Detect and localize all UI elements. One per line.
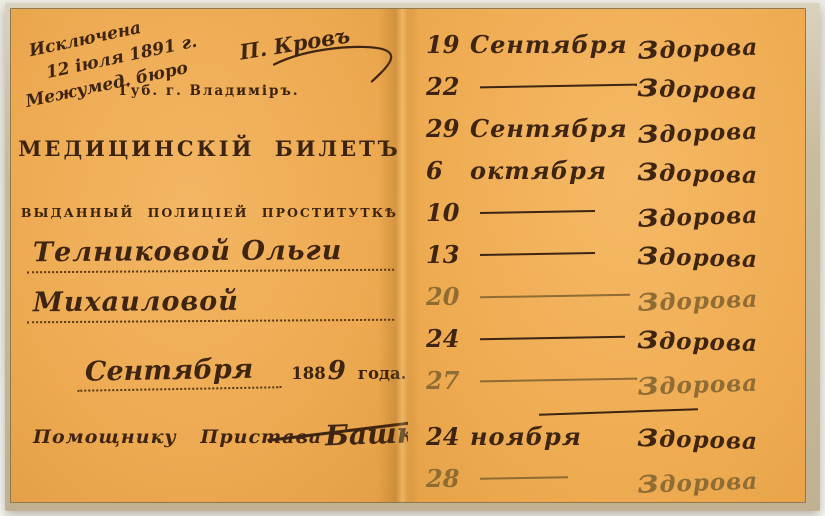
issuer-signature: Башкоф bbox=[325, 415, 408, 453]
exam-month: Сентября bbox=[470, 114, 628, 143]
exam-entry-row: 24здорова bbox=[426, 317, 797, 359]
exam-day: 22 bbox=[426, 72, 460, 101]
ditto-dash bbox=[480, 84, 637, 89]
ditto-dash bbox=[480, 378, 637, 383]
exam-month: Сентября bbox=[470, 30, 628, 59]
exam-date: 24 bbox=[426, 324, 637, 353]
exam-status: здорова bbox=[637, 358, 798, 403]
right-page: 19Сентябряздорова22здорова29Сентябряздор… bbox=[408, 9, 805, 502]
exam-status: здорова bbox=[637, 22, 798, 67]
ditto-dash bbox=[480, 252, 595, 256]
exam-entry-row: 22здорова bbox=[426, 65, 797, 107]
exam-entry-row: 27здорова bbox=[426, 359, 797, 401]
photo-background: Исключена 12 iюля 1891 г. Межумед. бюро … bbox=[0, 0, 825, 516]
exam-day: 6 bbox=[426, 156, 460, 185]
issue-month-handwritten: Сентября bbox=[77, 353, 282, 392]
exam-entry-row: 20здорова bbox=[426, 275, 797, 317]
city-line: Губ. г. Владимiръ. bbox=[11, 83, 408, 99]
exam-status: здорова bbox=[637, 232, 797, 275]
exam-date: 19Сентября bbox=[426, 30, 637, 59]
ditto-dash bbox=[480, 210, 595, 214]
exam-day: 24 bbox=[426, 324, 460, 353]
exam-entry-row: 28здорова bbox=[426, 457, 797, 499]
exam-entry-row: 29Сентябряздорова bbox=[426, 107, 797, 149]
exam-day: 24 bbox=[426, 422, 460, 451]
exam-day: 27 bbox=[426, 366, 460, 395]
inspector-signature: П. Кровъ bbox=[238, 22, 352, 64]
exam-month: октября bbox=[470, 156, 607, 185]
exam-status: здорова bbox=[637, 64, 797, 107]
document-subtitle: ВЫДАННЫЙ ПОЛИЦІЕЙ ПРОСТИТУТКѢ bbox=[11, 205, 408, 220]
exam-date: 28 bbox=[426, 464, 637, 493]
exam-entry-row: 6октябряздорова bbox=[426, 149, 797, 191]
exam-day: 29 bbox=[426, 114, 460, 143]
printed-year-suffix: года. bbox=[358, 364, 407, 383]
left-page: Исключена 12 iюля 1891 г. Межумед. бюро … bbox=[11, 9, 408, 502]
examination-log: 19Сентябряздорова22здорова29Сентябряздор… bbox=[426, 23, 797, 502]
exam-day: 28 bbox=[426, 464, 460, 493]
holder-name-line2: Михаиловой bbox=[27, 285, 394, 324]
exam-status: здорова bbox=[637, 456, 798, 501]
exam-day: 20 bbox=[426, 282, 460, 311]
exam-status: здорова bbox=[637, 274, 798, 319]
exam-day: 19 bbox=[426, 30, 460, 59]
exam-date: 24ноября bbox=[426, 422, 637, 451]
printed-year-prefix: 188 bbox=[291, 364, 325, 383]
exam-date: 27 bbox=[426, 366, 637, 395]
exam-date: 10 bbox=[426, 198, 637, 227]
ditto-dash bbox=[480, 336, 625, 341]
holder-name-line1: Телниковой Ольги bbox=[27, 235, 394, 274]
exam-status: здорова bbox=[637, 414, 797, 457]
document-title: МЕДИЦИНСКІЙ БИЛЕТЪ bbox=[11, 136, 408, 161]
exam-status: здорова bbox=[637, 106, 798, 151]
exam-entry-row: 19Сентябряздорова bbox=[426, 23, 797, 65]
exam-date: 22 bbox=[426, 72, 637, 101]
ditto-dash bbox=[480, 476, 568, 480]
exam-entry-row: 10здорова bbox=[426, 191, 797, 233]
issuer-line: Помощнику Пристава Башкоф bbox=[33, 417, 408, 450]
medical-ticket-booklet: Исключена 12 iюля 1891 г. Межумед. бюро … bbox=[10, 8, 806, 503]
exam-entry-row: 24ноябряздорова bbox=[426, 415, 797, 457]
exam-date: 13 bbox=[426, 240, 637, 269]
exam-status: здорова bbox=[637, 190, 798, 235]
exam-status: здорова bbox=[637, 316, 797, 359]
exam-date: 29Сентября bbox=[426, 114, 637, 143]
issue-date-line: Сентября 188 9 года. bbox=[77, 355, 406, 390]
exam-entry-row: 13здорова bbox=[426, 233, 797, 275]
exam-month: ноября bbox=[470, 422, 582, 451]
ditto-dash bbox=[480, 294, 630, 299]
exam-day: 10 bbox=[426, 198, 460, 227]
exam-day: 13 bbox=[426, 240, 460, 269]
exam-date: 6октября bbox=[426, 156, 637, 185]
exam-status: здорова bbox=[637, 148, 797, 191]
year-digit-handwritten: 9 bbox=[328, 356, 346, 386]
exam-date: 20 bbox=[426, 282, 637, 311]
